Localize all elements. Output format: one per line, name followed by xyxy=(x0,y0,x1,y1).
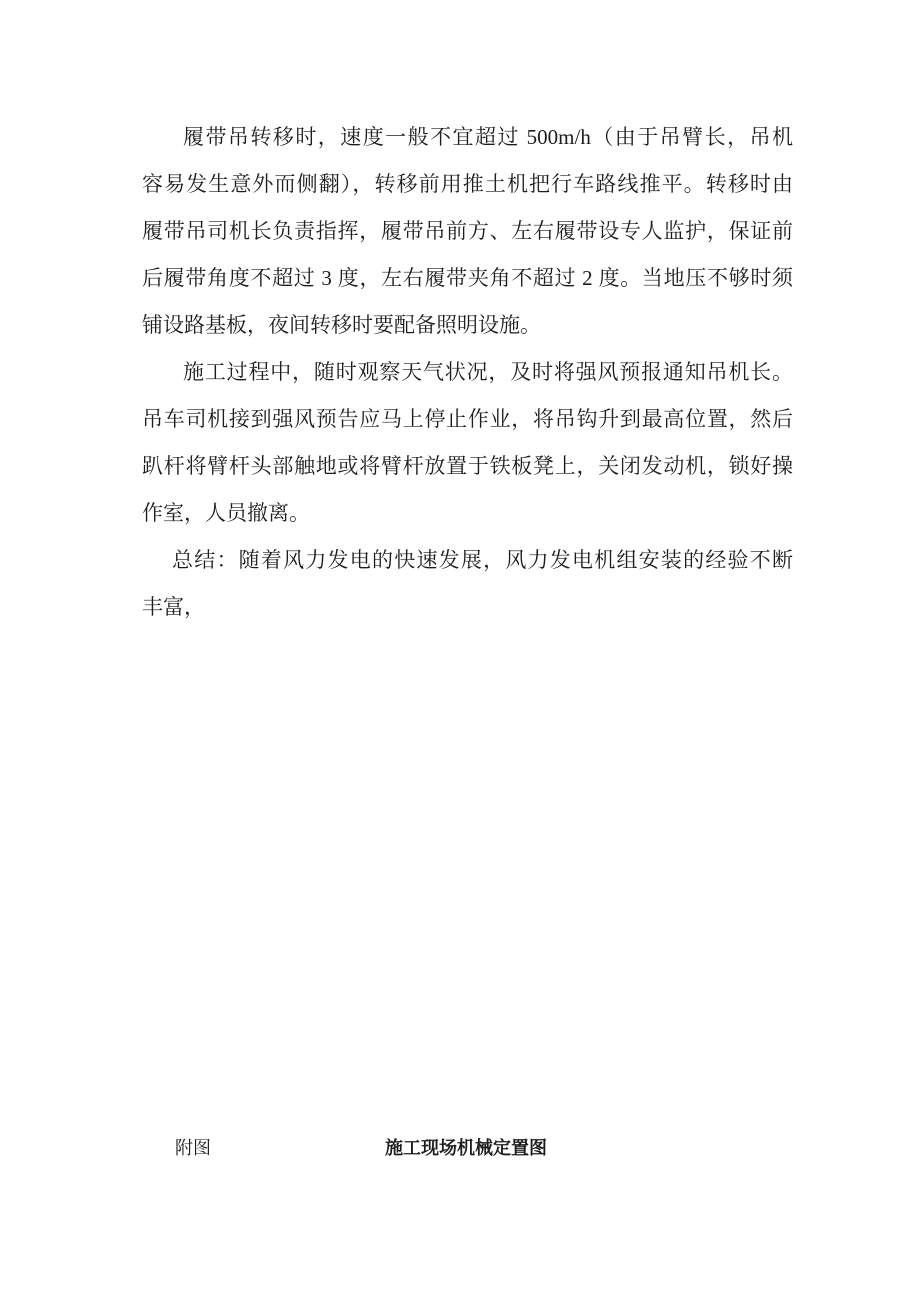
text-line: 作室，人员撤离。 xyxy=(142,490,793,537)
text-line: 履带吊转移时，速度一般不宜超过 500m/h（由于吊臂长，吊机 xyxy=(142,114,793,161)
paragraph: 施工过程中，随时观察天气状况，及时将强风预报通知吊机长。 吊车司机接到强风预告应… xyxy=(142,349,793,537)
text-line: 吊车司机接到强风预告应马上停止作业，将吊钩升到最高位置，然后 xyxy=(142,396,793,443)
text-line: 后履带角度不超过 3 度，左右履带夹角不超过 2 度。当地压不够时须 xyxy=(142,255,793,302)
text-line: 总结：随着风力发电的快速发展，风力发电机组安装的经验不断 xyxy=(142,537,793,584)
document-body: 履带吊转移时，速度一般不宜超过 500m/h（由于吊臂长，吊机 容易发生意外而侧… xyxy=(142,114,793,631)
text-line: 施工过程中，随时观察天气状况，及时将强风预报通知吊机长。 xyxy=(142,349,793,396)
text-line: 容易发生意外而侧翻），转移前用推土机把行车路线推平。转移时由 xyxy=(142,161,793,208)
text-line: 铺设路基板，夜间转移时要配备照明设施。 xyxy=(142,302,793,349)
text-line: 丰富， xyxy=(142,584,793,631)
paragraph: 履带吊转移时，速度一般不宜超过 500m/h（由于吊臂长，吊机 容易发生意外而侧… xyxy=(142,114,793,349)
figure-caption-label: 附图 xyxy=(175,1133,211,1163)
document-page: 履带吊转移时，速度一般不宜超过 500m/h（由于吊臂长，吊机 容易发生意外而侧… xyxy=(0,0,920,1302)
figure-caption-row: 附图 施工现场机械定置图 xyxy=(142,1133,793,1163)
figure-caption-title: 施工现场机械定置图 xyxy=(385,1133,547,1163)
paragraph: 总结：随着风力发电的快速发展，风力发电机组安装的经验不断 丰富， xyxy=(142,537,793,631)
text-line: 履带吊司机长负责指挥，履带吊前方、左右履带设专人监护，保证前 xyxy=(142,208,793,255)
text-line: 趴杆将臂杆头部触地或将臂杆放置于铁板凳上，关闭发动机，锁好操 xyxy=(142,443,793,490)
